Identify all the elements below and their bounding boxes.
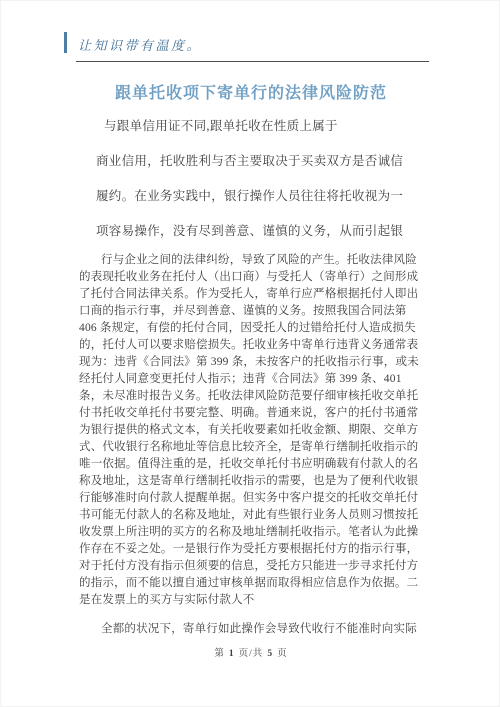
body-paragraph: 行与企业之间的法律纠纷，导致了风险的产生。托收法律风险的表现托收业务在托付人（出… (79, 252, 431, 609)
footer-label-prefix: 第 (214, 649, 225, 659)
body-line: 收发票上所注明的买方的名称及地址缮制托收指示。笔者认为此操 (79, 524, 431, 541)
body-line: 唯一依据。值得注重的是，托收交单托付书应明确载有付款人的名 (79, 456, 431, 473)
body-line: 是在发票上的买方与实际付款人不 (79, 592, 431, 609)
article-title: 跟单托收项下寄单行的法律风险防范 (1, 80, 500, 103)
body-line: 作存在不妥之处。一是银行作为受托方要根据托付方的指示行事， (79, 541, 431, 558)
body-line: 经托付人同意变更托付人指示；违背《合同法》第 399 条、401 (79, 371, 431, 388)
body-line: 的指示，而不能以擅自通过审核单据而取得相应信息作为依据。二 (79, 575, 431, 592)
body-line: 的，托付人可以要求赔偿损失。托收业务中寄单行违背义务通常表 (79, 337, 431, 354)
footer-label-suffix: 页 (277, 649, 288, 659)
footer-label-middle: 页/共 (239, 649, 264, 659)
body-line: 口商的指示行事，并尽到善意、谨慎的义务。按照我国合同法第 (79, 303, 431, 320)
intro-line: 履约。在业务实践中，银行操作人员往往将托收视为一 (96, 179, 401, 214)
body-line: 了托付合同法律关系。作为受托人，寄单行应严格根据托付人即出 (79, 286, 431, 303)
header-tagline: 让知识带有温度。 (78, 35, 202, 54)
body-line: 的表现托收业务在托付人（出口商）与受托人（寄单行）之间形成 (79, 269, 431, 286)
body-line: 现为：违背《合同法》第 399 条，未按客户的托收指示行事，或未 (79, 354, 431, 371)
closing-line: 全都的状况下，寄单行如此操作会导致代收行不能准时向实际 (101, 621, 441, 638)
body-line: 称及地址，这是寄单行缮制托收指示的需要，也是为了便利代收银 (79, 473, 431, 490)
body-line: 书可能无付款人的名称及地址，对此有些银行业务人员则习惯按托 (79, 507, 431, 524)
body-line: 式、代收银行名称地址等信息比较齐全，是寄单行缮制托收指示的 (79, 439, 431, 456)
intro-line: 与跟单信用证不同,跟单托收在性质上属于 (96, 109, 401, 144)
body-line: 行能够准时向付款人提醒单据。但实务中客户提交的托收交单托付 (79, 490, 431, 507)
header-divider (76, 61, 429, 62)
intro-line: 商业信用，托收胜利与否主要取决于买卖双方是否诚信 (96, 144, 401, 179)
body-line: 条，未尽准时报告义务。托收法律风险防范要仔细审核托收交单托 (79, 388, 431, 405)
page-footer: 第1页/共5页 (1, 645, 500, 659)
intro-line: 项容易操作，没有尽到善意、谨慎的义务，从而引起银 (96, 214, 401, 249)
intro-paragraph: 与跟单信用证不同,跟单托收在性质上属于商业信用，托收胜利与否主要取决于买卖双方是… (96, 109, 401, 249)
body-line: 为银行提供的格式文本，有关托收要素如托收金额、期限、交单方 (79, 422, 431, 439)
total-pages-number: 5 (267, 649, 273, 659)
body-line: 行与企业之间的法律纠纷，导致了风险的产生。托收法律风险 (79, 252, 431, 269)
document-page: 让知识带有温度。 跟单托收项下寄单行的法律风险防范 与跟单信用证不同,跟单托收在… (0, 0, 500, 707)
body-line: 对于托付方没有指示但须要的信息，受托方只能进一步寻求托付方 (79, 558, 431, 575)
current-page-number: 1 (229, 649, 235, 659)
body-line: 付书托收交单托付书要完整、明确。普通来说，客户的托付书通常 (79, 405, 431, 422)
accent-bar (64, 32, 67, 53)
body-line: 406 条规定，有偿的托付合同，因受托人的过错给托付人造成损失 (79, 320, 431, 337)
